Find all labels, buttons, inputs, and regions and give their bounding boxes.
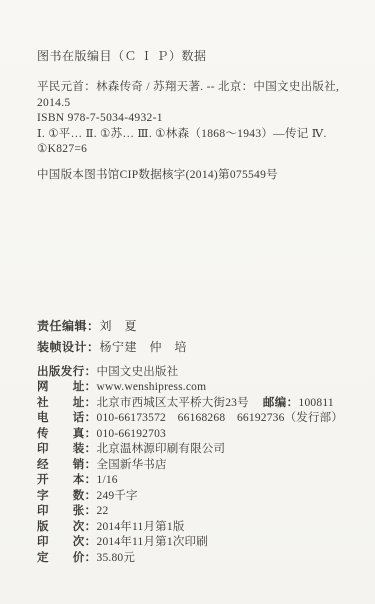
printer-value: 北京温林源印刷有限公司 xyxy=(97,443,226,455)
website-value: www.wenshipress.com xyxy=(97,381,207,393)
address-label: 社 址： xyxy=(37,397,97,409)
postcode-label: 邮编： xyxy=(263,397,299,409)
edition-label: 版 次： xyxy=(37,521,97,533)
address-value: 北京市西城区太平桥大街23号 xyxy=(97,397,249,409)
phone-label: 电 话： xyxy=(37,412,97,424)
copyright-page: 图书在版编目（Ｃ Ｉ Ｐ）数据 平民元首：林森传奇 / 苏翔天著. -- 北京：… xyxy=(0,0,375,604)
word-count-label: 字 数： xyxy=(37,490,97,502)
cip-line-class-code: ①K827=6 xyxy=(37,142,349,158)
distributor-label: 经 销： xyxy=(37,459,97,471)
distributor-value: 全国新华书店 xyxy=(97,459,167,471)
price-value: 35.80元 xyxy=(97,552,136,564)
cip-line-isbn: ISBN 978-7-5034-4932-1 xyxy=(37,111,349,127)
pub-row-distributor: 经 销：全国新华书店 xyxy=(37,458,349,474)
pub-row-website: 网 址：www.wenshipress.com xyxy=(37,380,349,396)
publication-block: 出版发行：中国文史出版社 网 址：www.wenshipress.com 社 址… xyxy=(37,365,349,567)
format-value: 1/16 xyxy=(97,474,118,486)
cip-record-number: 中国版本图书馆CIP数据核字(2014)第075549号 xyxy=(37,168,349,183)
phone-value: 010-66173572 66168268 66192736（发行部） xyxy=(97,412,344,424)
sheets-label: 印 张： xyxy=(37,505,97,517)
cip-line-classification: Ⅰ. ①平… Ⅱ. ①苏… Ⅲ. ①林森（1868～1943）—传记 Ⅳ. xyxy=(37,127,349,143)
pub-row-fax: 传 真：010-66192703 xyxy=(37,427,349,443)
cip-header: 图书在版编目（Ｃ Ｉ Ｐ）数据 xyxy=(37,48,349,64)
designer-label: 装帧设计： xyxy=(37,340,100,354)
pub-row-phone: 电 话：010-66173572 66168268 66192736（发行部） xyxy=(37,411,349,427)
pub-row-address: 社 址：北京市西城区太平桥大街23号邮编：100811 xyxy=(37,396,349,412)
website-label: 网 址： xyxy=(37,381,97,393)
editor-label: 责任编辑： xyxy=(37,319,100,333)
pub-row-sheets: 印 张：22 xyxy=(37,504,349,520)
edition-value: 2014年11月第1版 xyxy=(97,521,185,533)
cip-line-date: 2014.5 xyxy=(37,96,349,112)
price-label: 定 价： xyxy=(37,552,97,564)
fax-label: 传 真： xyxy=(37,428,97,440)
word-count-value: 249千字 xyxy=(97,490,138,502)
fax-value: 010-66192703 xyxy=(97,428,166,440)
cip-body: 平民元首：林森传奇 / 苏翔天著. -- 北京：中国文史出版社, 2014.5 … xyxy=(37,80,349,158)
impression-label: 印 次： xyxy=(37,536,97,548)
impression-value: 2014年11月第1次印刷 xyxy=(97,536,208,548)
staff-row-designer: 装帧设计：杨宁建 仲 培 xyxy=(37,337,349,358)
cip-line-title: 平民元首：林森传奇 / 苏翔天著. -- 北京：中国文史出版社, xyxy=(37,80,349,96)
publisher-label: 出版发行： xyxy=(37,366,97,378)
pub-row-publisher: 出版发行：中国文史出版社 xyxy=(37,365,349,381)
pub-row-format: 开 本：1/16 xyxy=(37,473,349,489)
publisher-value: 中国文史出版社 xyxy=(97,366,179,378)
staff-row-editor: 责任编辑：刘 夏 xyxy=(37,316,349,337)
pub-row-impression: 印 次：2014年11月第1次印刷 xyxy=(37,535,349,551)
postcode-value: 100811 xyxy=(299,397,334,409)
pub-row-word-count: 字 数：249千字 xyxy=(37,489,349,505)
format-label: 开 本： xyxy=(37,474,97,486)
sheets-value: 22 xyxy=(97,505,109,517)
pub-row-price: 定 价：35.80元 xyxy=(37,551,349,567)
staff-block: 责任编辑：刘 夏 装帧设计：杨宁建 仲 培 xyxy=(37,316,349,358)
pub-row-printer: 印 装：北京温林源印刷有限公司 xyxy=(37,442,349,458)
printer-label: 印 装： xyxy=(37,443,97,455)
designer-value: 杨宁建 仲 培 xyxy=(100,340,188,354)
editor-value: 刘 夏 xyxy=(100,319,138,333)
pub-row-edition: 版 次：2014年11月第1版 xyxy=(37,520,349,536)
